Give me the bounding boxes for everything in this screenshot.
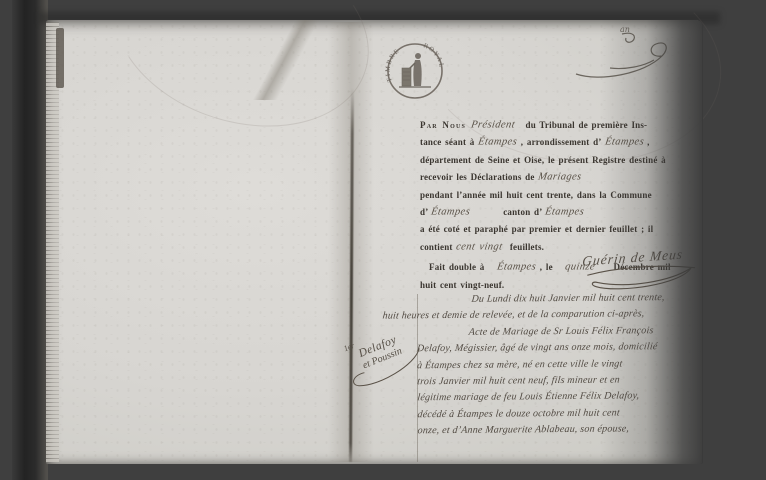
- stamp-text-left: TIMBRE: [385, 47, 401, 83]
- printed-text: recevoir les Déclarations de: [420, 172, 538, 182]
- page-edge-stubs: [46, 22, 59, 462]
- printed-text: , arrondissement d’: [517, 137, 604, 147]
- page-right-shadow: [600, 20, 703, 464]
- timbre-royal-stamp: TIMBRE ROYAL: [385, 41, 445, 101]
- handwritten-fill-in: Président: [469, 117, 516, 134]
- handwritten-fill-in: Étampes: [477, 134, 519, 151]
- stamp-text-right: ROYAL: [422, 42, 445, 69]
- handwritten-fill-in: Étampes: [487, 259, 538, 276]
- printed-text: contient: [420, 242, 456, 252]
- handwritten-fill-in: Étampes: [430, 204, 472, 221]
- scan-left-border: [12, 0, 48, 480]
- printed-text: Par Nous: [420, 120, 471, 130]
- scanned-register-page: TIMBRE ROYAL an Par Nous Président du Tr…: [0, 0, 766, 480]
- binding-tape: [56, 28, 64, 88]
- stamp-figure-icon: [399, 53, 431, 87]
- printed-text: huit cent vingt-neuf.: [420, 280, 504, 290]
- printed-text: Fait double à: [429, 262, 488, 272]
- printed-text: feuillets.: [503, 242, 545, 252]
- handwritten-fill-in: Mariages: [537, 169, 583, 186]
- printed-text: canton d’: [470, 207, 545, 217]
- printed-text: , le: [536, 262, 556, 272]
- printed-text: tance séant à: [420, 137, 478, 147]
- handwritten-fill-in: cent vingt: [455, 238, 504, 255]
- handwritten-fill-in: Étampes: [544, 204, 586, 221]
